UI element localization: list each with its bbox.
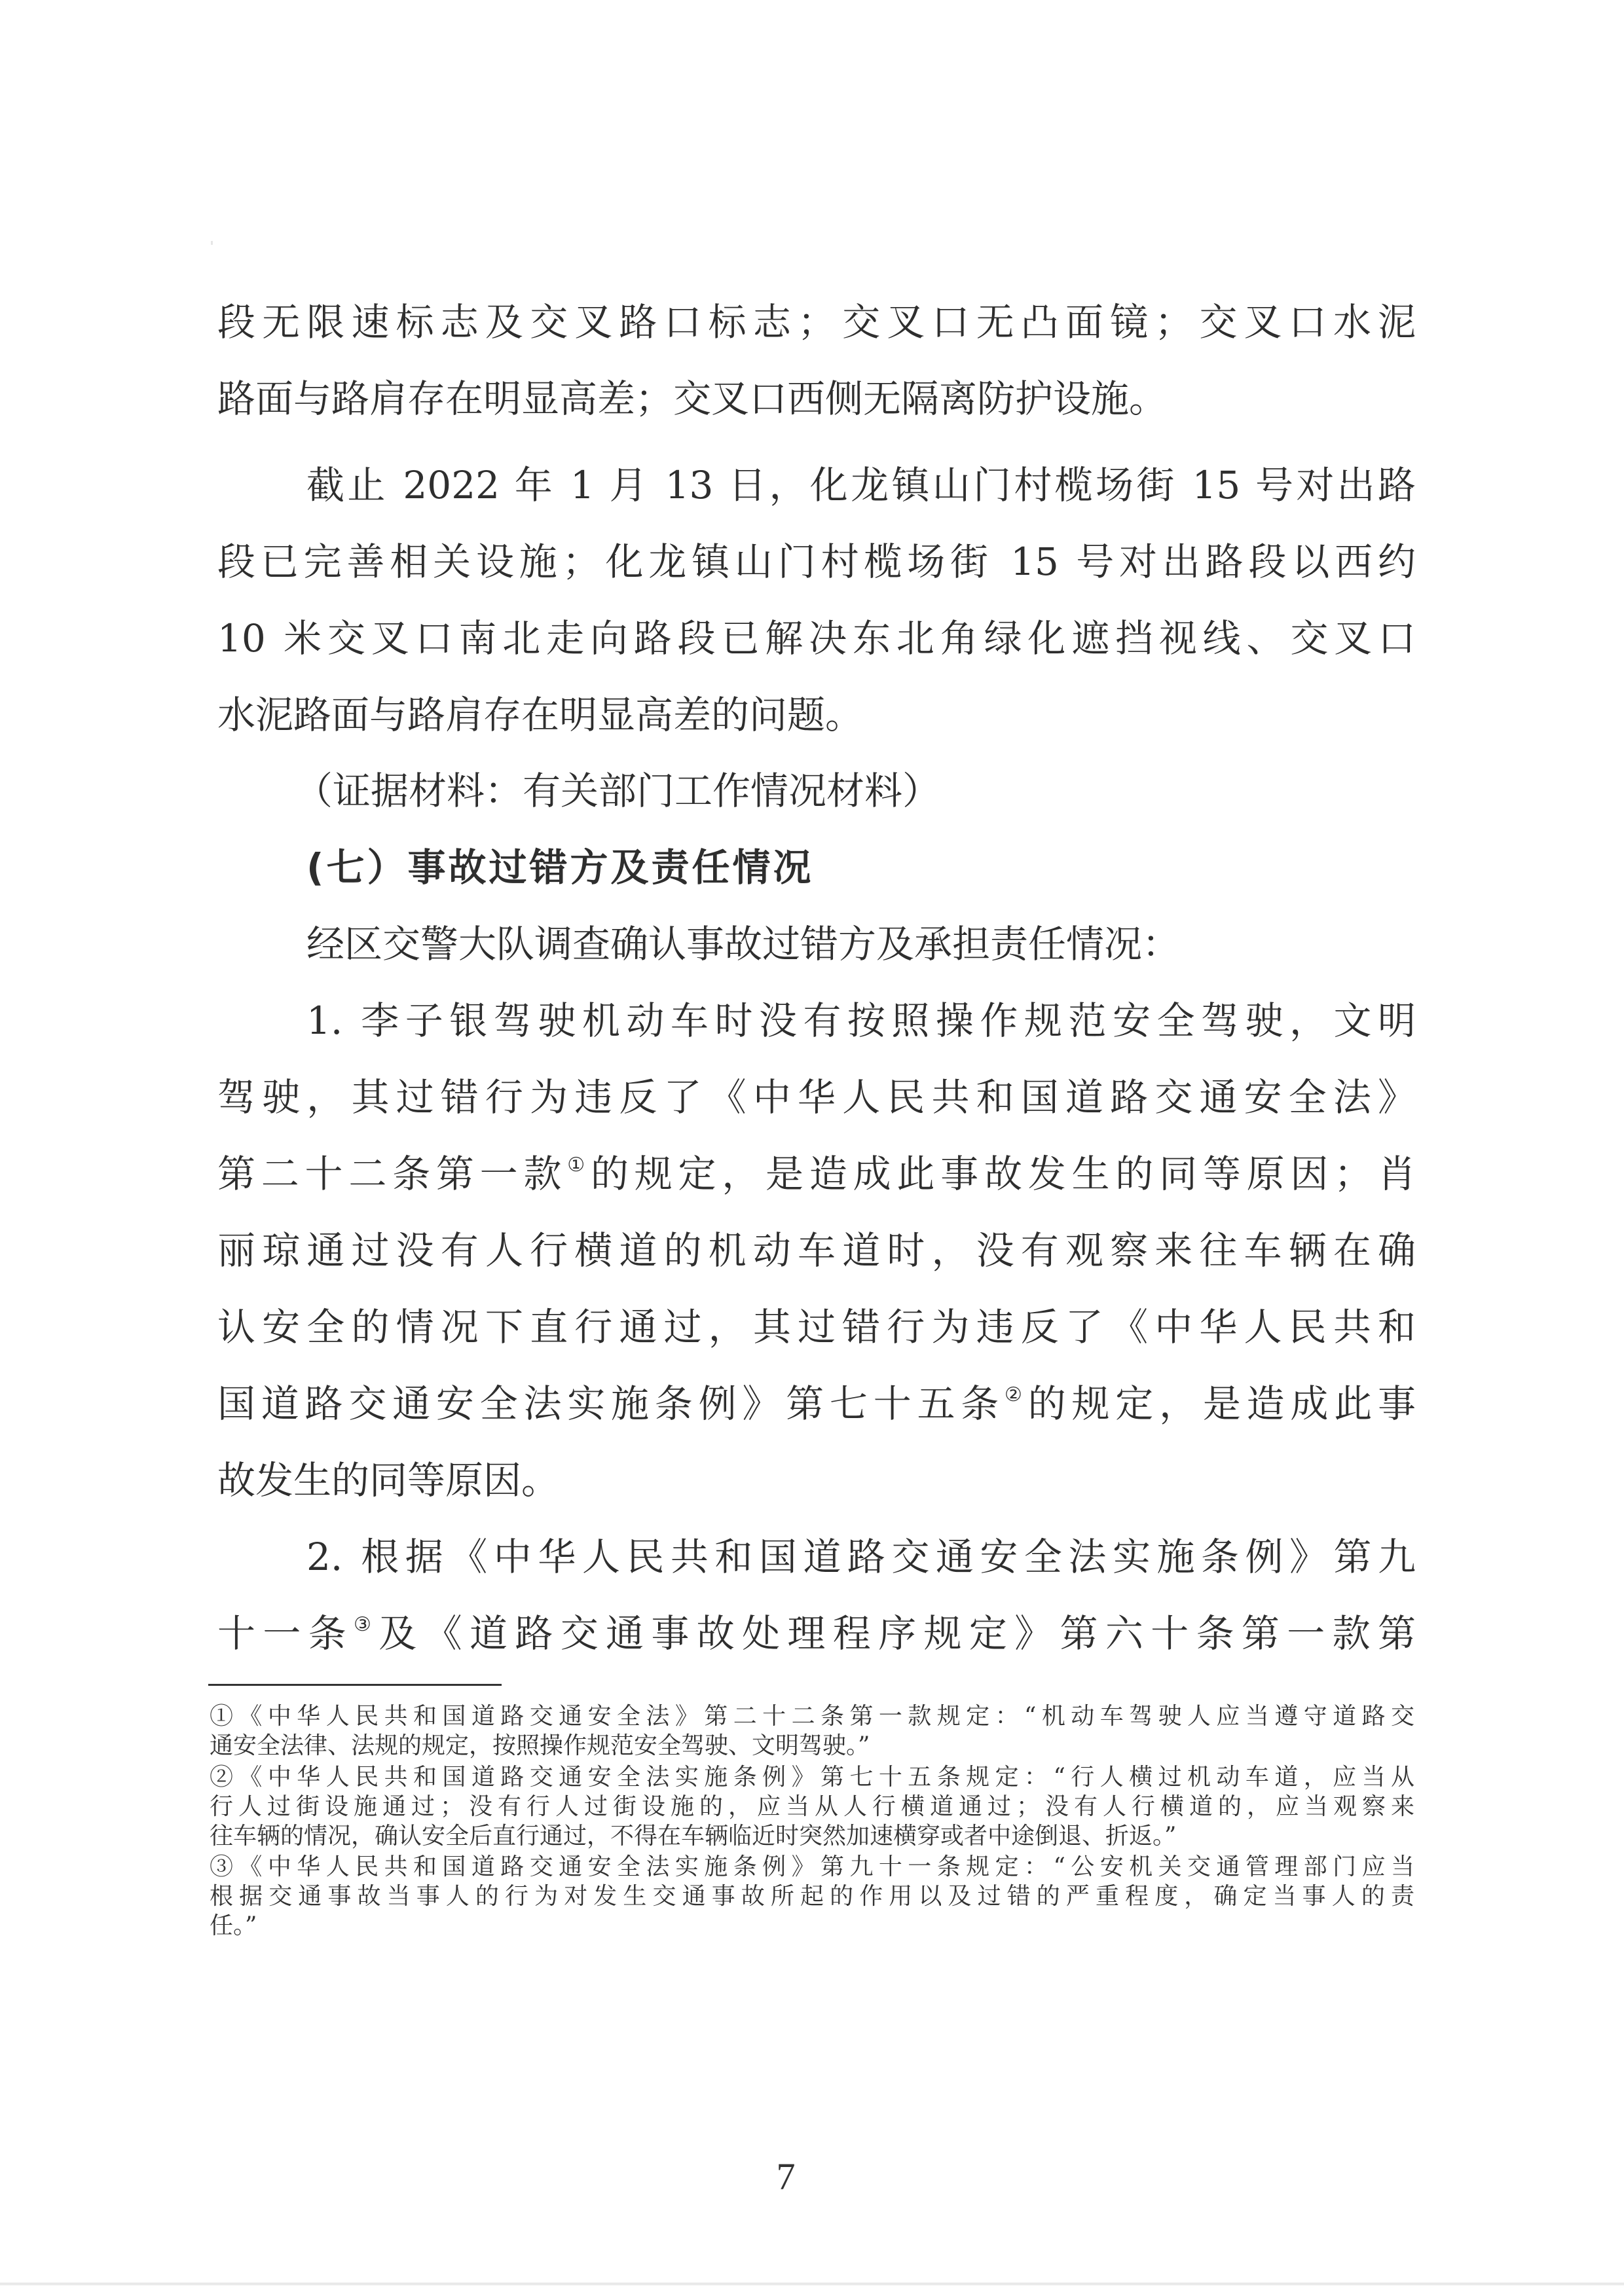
- footnote-ref-1[interactable]: ①: [567, 1154, 591, 1176]
- body-line: 截止 2022 年 1 月 13 日，化龙镇山门村榄场街 15 号对出路: [217, 447, 1416, 524]
- item1-line: 故发生的同等原因。: [217, 1442, 1416, 1519]
- body-line: 段无限速标志及交叉路口标志；交叉口无凸面镜；交叉口水泥: [217, 284, 1416, 361]
- item1-line-text: 国道路交通安全法实施条例》第七十五条: [217, 1381, 1005, 1426]
- footnote-1-line: ①《中华人民共和国道路交通安全法》第二十二条第一款规定：“机动车驾驶人应当遵守道…: [210, 1702, 1414, 1731]
- footnote-3-line: 任。”: [210, 1912, 1414, 1941]
- footnote-divider: [208, 1684, 502, 1686]
- item2-line-text: 十一条: [217, 1611, 354, 1656]
- item1-line-text: 的规定，是造成此事故发生的同等原因；肖: [591, 1152, 1416, 1196]
- intro-line: 经区交警大队调查确认事故过错方及承担责任情况：: [217, 906, 1416, 983]
- footnote-3-line: ③《中华人民共和国道路交通安全法实施条例》第九十一条规定：“公安机关交通管理部门…: [210, 1853, 1414, 1882]
- item1-line: 第二十二条第一款①的规定，是造成此事故发生的同等原因；肖: [217, 1136, 1416, 1212]
- body-line: 路面与路肩存在明显高差；交叉口西侧无隔离防护设施。: [217, 361, 1416, 437]
- scan-artifact: [211, 241, 213, 245]
- item2-line: 十一条③及《道路交通事故处理程序规定》第六十条第一款第: [217, 1595, 1416, 1672]
- body-line: 水泥路面与路肩存在明显高差的问题。: [217, 677, 1416, 754]
- item1-line: 认安全的情况下直行通过，其过错行为违反了《中华人民共和: [217, 1289, 1416, 1366]
- body-line: 10 米交叉口南北走向路段已解决东北角绿化遮挡视线、交叉口: [217, 600, 1416, 677]
- item1-line: 驾驶，其过错行为违反了《中华人民共和国道路交通安全法》: [217, 1059, 1416, 1136]
- body-line: 段已完善相关设施；化龙镇山门村榄场街 15 号对出路段以西约: [217, 524, 1416, 600]
- item1-line-text: 第二十二条第一款: [217, 1152, 567, 1196]
- section-heading: (七）事故过错方及责任情况: [217, 829, 1416, 906]
- item2-line: 2. 根据《中华人民共和国道路交通安全法实施条例》第九: [217, 1519, 1416, 1595]
- page-number: 7: [773, 2158, 799, 2196]
- item2-line-text: 及《道路交通事故处理程序规定》第六十条第一款第: [378, 1611, 1416, 1656]
- footnote-2-line: 往车辆的情况，确认安全后直行通过，不得在车辆临近时突然加速横穿或者中途倒退、折返…: [210, 1822, 1414, 1851]
- footnote-2-line: ②《中华人民共和国道路交通安全法实施条例》第七十五条规定：“行人横过机动车道，应…: [210, 1763, 1414, 1792]
- item1-line: 国道路交通安全法实施条例》第七十五条②的规定，是造成此事: [217, 1366, 1416, 1442]
- footnote-1-line: 通安全法律、法规的规定，按照操作规范安全驾驶、文明驾驶。”: [210, 1732, 1414, 1760]
- footnote-3-line: 根据交通事故当事人的行为对发生交通事故所起的作用以及过错的严重程度，确定当事人的…: [210, 1882, 1414, 1911]
- evidence-note: （证据材料：有关部门工作情况材料）: [217, 753, 1404, 829]
- footnote-ref-3[interactable]: ③: [354, 1613, 378, 1636]
- footnote-ref-2[interactable]: ②: [1005, 1383, 1028, 1406]
- scan-edge-line: [0, 2282, 1624, 2286]
- item1-line: 1. 李子银驾驶机动车时没有按照操作规范安全驾驶，文明: [217, 983, 1416, 1059]
- item1-line-text: 的规定，是造成此事: [1028, 1381, 1416, 1426]
- item1-line: 丽琼通过没有人行横道的机动车道时，没有观察来往车辆在确: [217, 1212, 1416, 1289]
- footnote-2-line: 行人过街设施通过；没有行人过街设施的，应当从人行横道通过；没有人行横道的，应当观…: [210, 1793, 1414, 1821]
- document-page: 段无限速标志及交叉路口标志；交叉口无凸面镜；交叉口水泥 路面与路肩存在明显高差；…: [0, 0, 1624, 2296]
